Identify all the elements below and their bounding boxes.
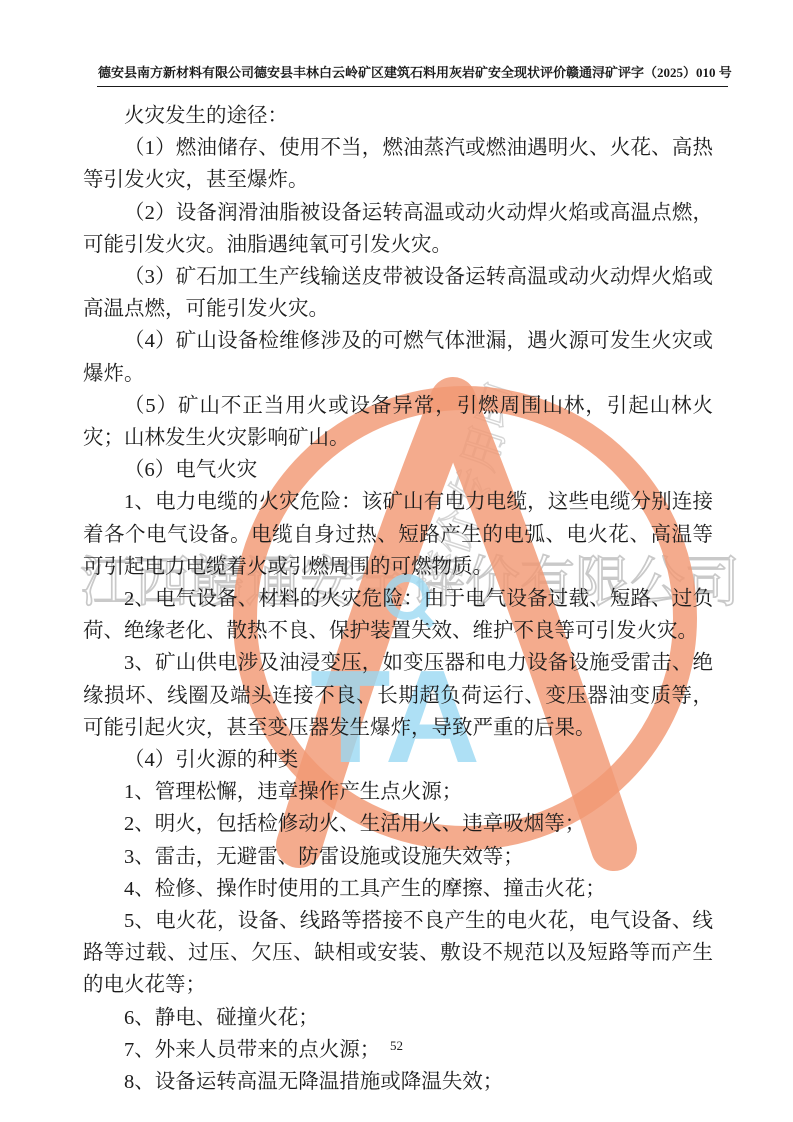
paragraph-item-2: （2）设备润滑油脂被设备运转高温或动火动焊火焰或高温点燃，可能引发火灾。油脂遇纯…	[83, 197, 713, 261]
paragraph-ignition-2: 2、明火，包括检修动火、生活用火、违章吸烟等；	[83, 808, 713, 840]
header-rule	[97, 86, 728, 87]
paragraph-item-3: （3）矿石加工生产线输送皮带被设备运转高温或动火动焊火焰或高温点燃，可能引发火灾…	[83, 261, 713, 325]
page-header: 德安县南方新材料有限公司德安县丰林白云岭矿区建筑石料用灰岩矿安全现状评价 赣通浔…	[98, 62, 728, 81]
paragraph-ignition-5: 5、电火花，设备、线路等搭接不良产生的电火花，电气设备、线路等过载、过压、欠压、…	[83, 905, 713, 1002]
header-doc-number: 赣通浔矿评字（2025）010 号	[566, 62, 732, 81]
paragraph-fire-ways: 火灾发生的途径：	[83, 100, 713, 132]
paragraph-ignition-title: （4）引火源的种类	[83, 744, 713, 776]
paragraph-ignition-6: 6、静电、碰撞火花；	[83, 1002, 713, 1034]
paragraph-electric-1: 1、电力电缆的火灾危险：该矿山有电力电缆，这些电缆分别连接着各个电气设备。电缆自…	[83, 486, 713, 583]
paragraph-item-6: （6）电气火灾	[83, 454, 713, 486]
document-page: 评价专用印 江西赣通安全评价有限公司 TA 德安县南方新材料有限公司德安县丰林白…	[0, 0, 793, 1122]
paragraph-ignition-4: 4、检修、操作时使用的工具产生的摩擦、撞击火花；	[83, 873, 713, 905]
paragraph-electric-2: 2、电气设备、材料的火灾危险：由于电气设备过载、短路、过负荷、绝缘老化、散热不良…	[83, 583, 713, 647]
paragraph-item-5: （5）矿山不正当用火或设备异常，引燃周围山林，引起山林火灾；山林发生火灾影响矿山…	[83, 390, 713, 454]
paragraph-item-1: （1）燃油储存、使用不当，燃油蒸汽或燃油遇明火、火花、高热等引发火灾，甚至爆炸。	[83, 132, 713, 196]
paragraph-electric-3: 3、矿山供电涉及油浸变压，如变压器和电力设备设施受雷击、绝缘损坏、线圈及端头连接…	[83, 647, 713, 744]
header-title: 德安县南方新材料有限公司德安县丰林白云岭矿区建筑石料用灰岩矿安全现状评价	[98, 62, 566, 81]
paragraph-item-4: （4）矿山设备检维修涉及的可燃气体泄漏，遇火源可发生火灾或爆炸。	[83, 325, 713, 389]
paragraph-ignition-1: 1、管理松懈，违章操作产生点火源；	[83, 776, 713, 808]
body-text: 火灾发生的途径： （1）燃油储存、使用不当，燃油蒸汽或燃油遇明火、火花、高热等引…	[83, 100, 713, 1098]
paragraph-ignition-3: 3、雷击，无避雷、防雷设施或设施失效等；	[83, 841, 713, 873]
page-number: 52	[0, 1038, 793, 1054]
paragraph-ignition-8: 8、设备运转高温无降温措施或降温失效；	[83, 1066, 713, 1098]
